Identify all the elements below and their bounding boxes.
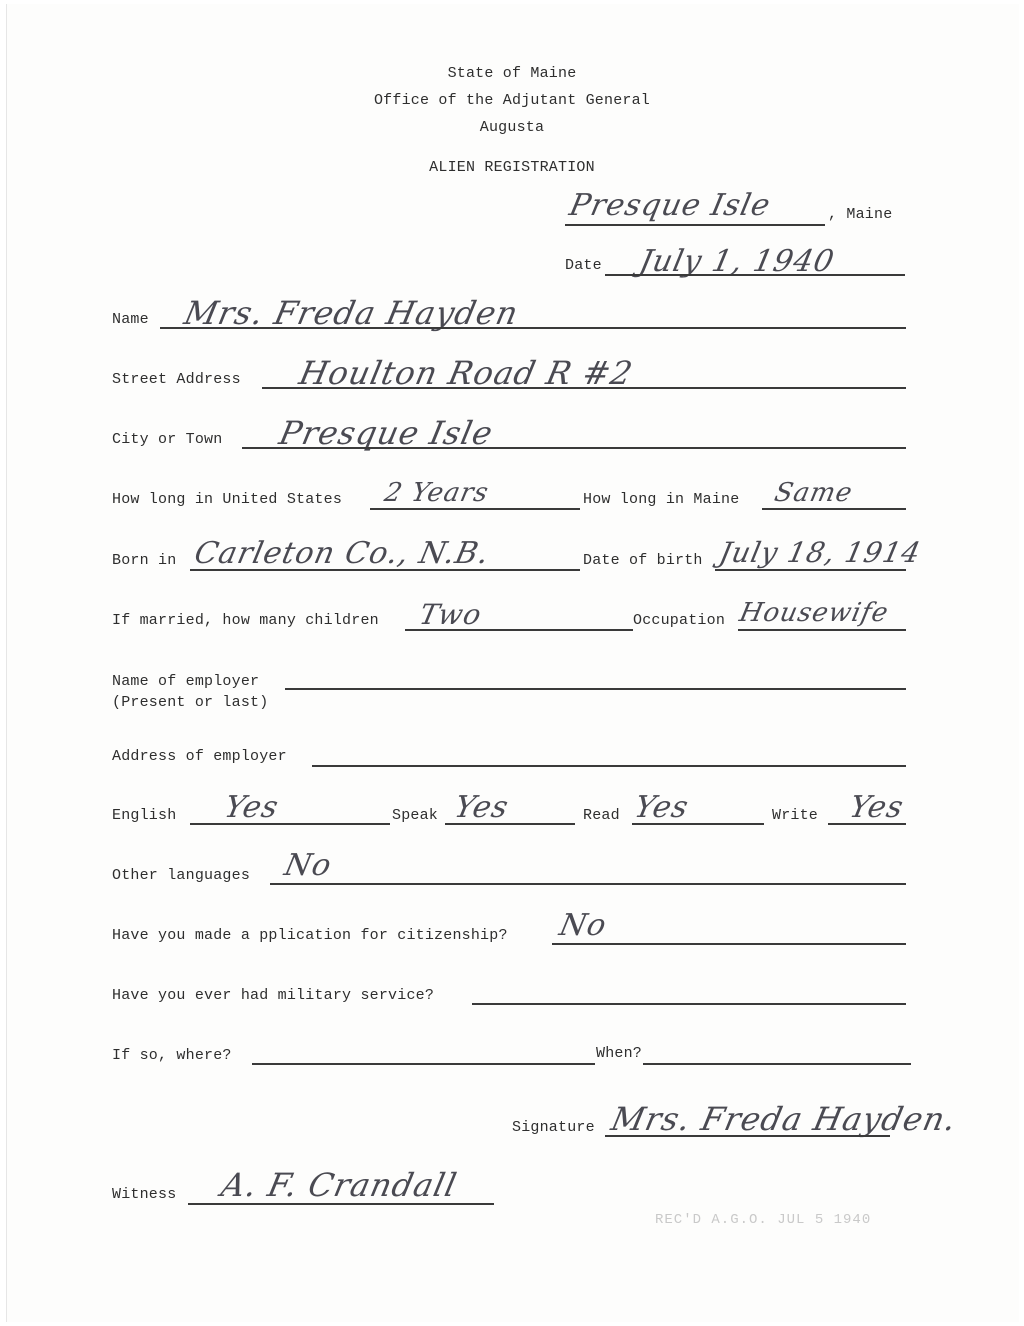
other-languages-value: No (281, 848, 335, 883)
how-long-maine-value: Same (772, 478, 856, 508)
employer-name-label: Name of employer (112, 673, 259, 690)
born-in-value: Carleton Co., N.B. (191, 536, 493, 571)
witness-value: A. F. Crandall (218, 1166, 461, 1204)
write-value: Yes (846, 790, 907, 825)
dob-value: July 18, 1914 (716, 536, 924, 569)
how-long-us-line (370, 508, 580, 510)
place-line (565, 224, 825, 226)
place-suffix: , Maine (828, 206, 892, 223)
military-line (472, 1003, 906, 1005)
speak-value: Yes (451, 790, 512, 825)
header-office: Office of the Adjutant General (0, 92, 1024, 109)
signature-value: Mrs. Freda Hayden. (608, 1100, 960, 1138)
how-long-maine-label: How long in Maine (583, 491, 739, 508)
occupation-value: Housewife (737, 598, 892, 628)
citizenship-value: No (556, 908, 610, 943)
children-label: If married, how many children (112, 612, 379, 629)
read-value: Yes (631, 790, 692, 825)
employer-address-line (312, 765, 906, 767)
header-state: State of Maine (0, 65, 1024, 82)
dob-line (715, 569, 906, 571)
where-label: If so, where? (112, 1047, 232, 1064)
dob-label: Date of birth (583, 552, 703, 569)
english-line (190, 823, 390, 825)
other-languages-line (270, 883, 906, 885)
children-value: Two (416, 598, 485, 631)
speak-label: Speak (392, 807, 438, 824)
write-line (828, 823, 906, 825)
other-languages-label: Other languages (112, 867, 250, 884)
citizenship-line (552, 943, 906, 945)
how-long-maine-line (762, 508, 906, 510)
citizenship-label: Have you made a pplication for citizensh… (112, 927, 508, 944)
city-label: City or Town (112, 431, 222, 448)
english-value: Yes (221, 790, 282, 825)
date-line (605, 274, 905, 276)
place-value: Presque Isle (566, 188, 774, 223)
signature-line (605, 1135, 890, 1137)
signature-label: Signature (512, 1119, 595, 1136)
received-stamp: REC'D A.G.O. JUL 5 1940 (655, 1212, 871, 1228)
write-label: Write (772, 807, 818, 824)
name-label: Name (112, 311, 149, 328)
born-in-label: Born in (112, 552, 176, 569)
english-label: English (112, 807, 176, 824)
how-long-us-label: How long in United States (112, 491, 342, 508)
born-in-line (190, 569, 580, 571)
military-label: Have you ever had military service? (112, 987, 434, 1004)
form-title: ALIEN REGISTRATION (0, 159, 1024, 176)
street-label: Street Address (112, 371, 241, 388)
how-long-us-value: 2 Years (382, 478, 492, 508)
occupation-line (738, 629, 906, 631)
occupation-label: Occupation (633, 612, 725, 629)
read-line (632, 823, 764, 825)
witness-line (188, 1203, 494, 1205)
street-line (262, 387, 906, 389)
when-line (643, 1063, 911, 1065)
where-line (252, 1063, 595, 1065)
employer-name-sublabel: (Present or last) (112, 694, 268, 711)
employer-address-label: Address of employer (112, 748, 287, 765)
children-line (405, 629, 633, 631)
witness-label: Witness (112, 1186, 176, 1203)
when-label: When? (596, 1045, 642, 1062)
city-line (242, 447, 906, 449)
speak-line (445, 823, 575, 825)
read-label: Read (583, 807, 620, 824)
header-city: Augusta (0, 119, 1024, 136)
name-line (160, 327, 906, 329)
employer-name-line (285, 688, 906, 690)
date-label: Date (565, 257, 602, 274)
